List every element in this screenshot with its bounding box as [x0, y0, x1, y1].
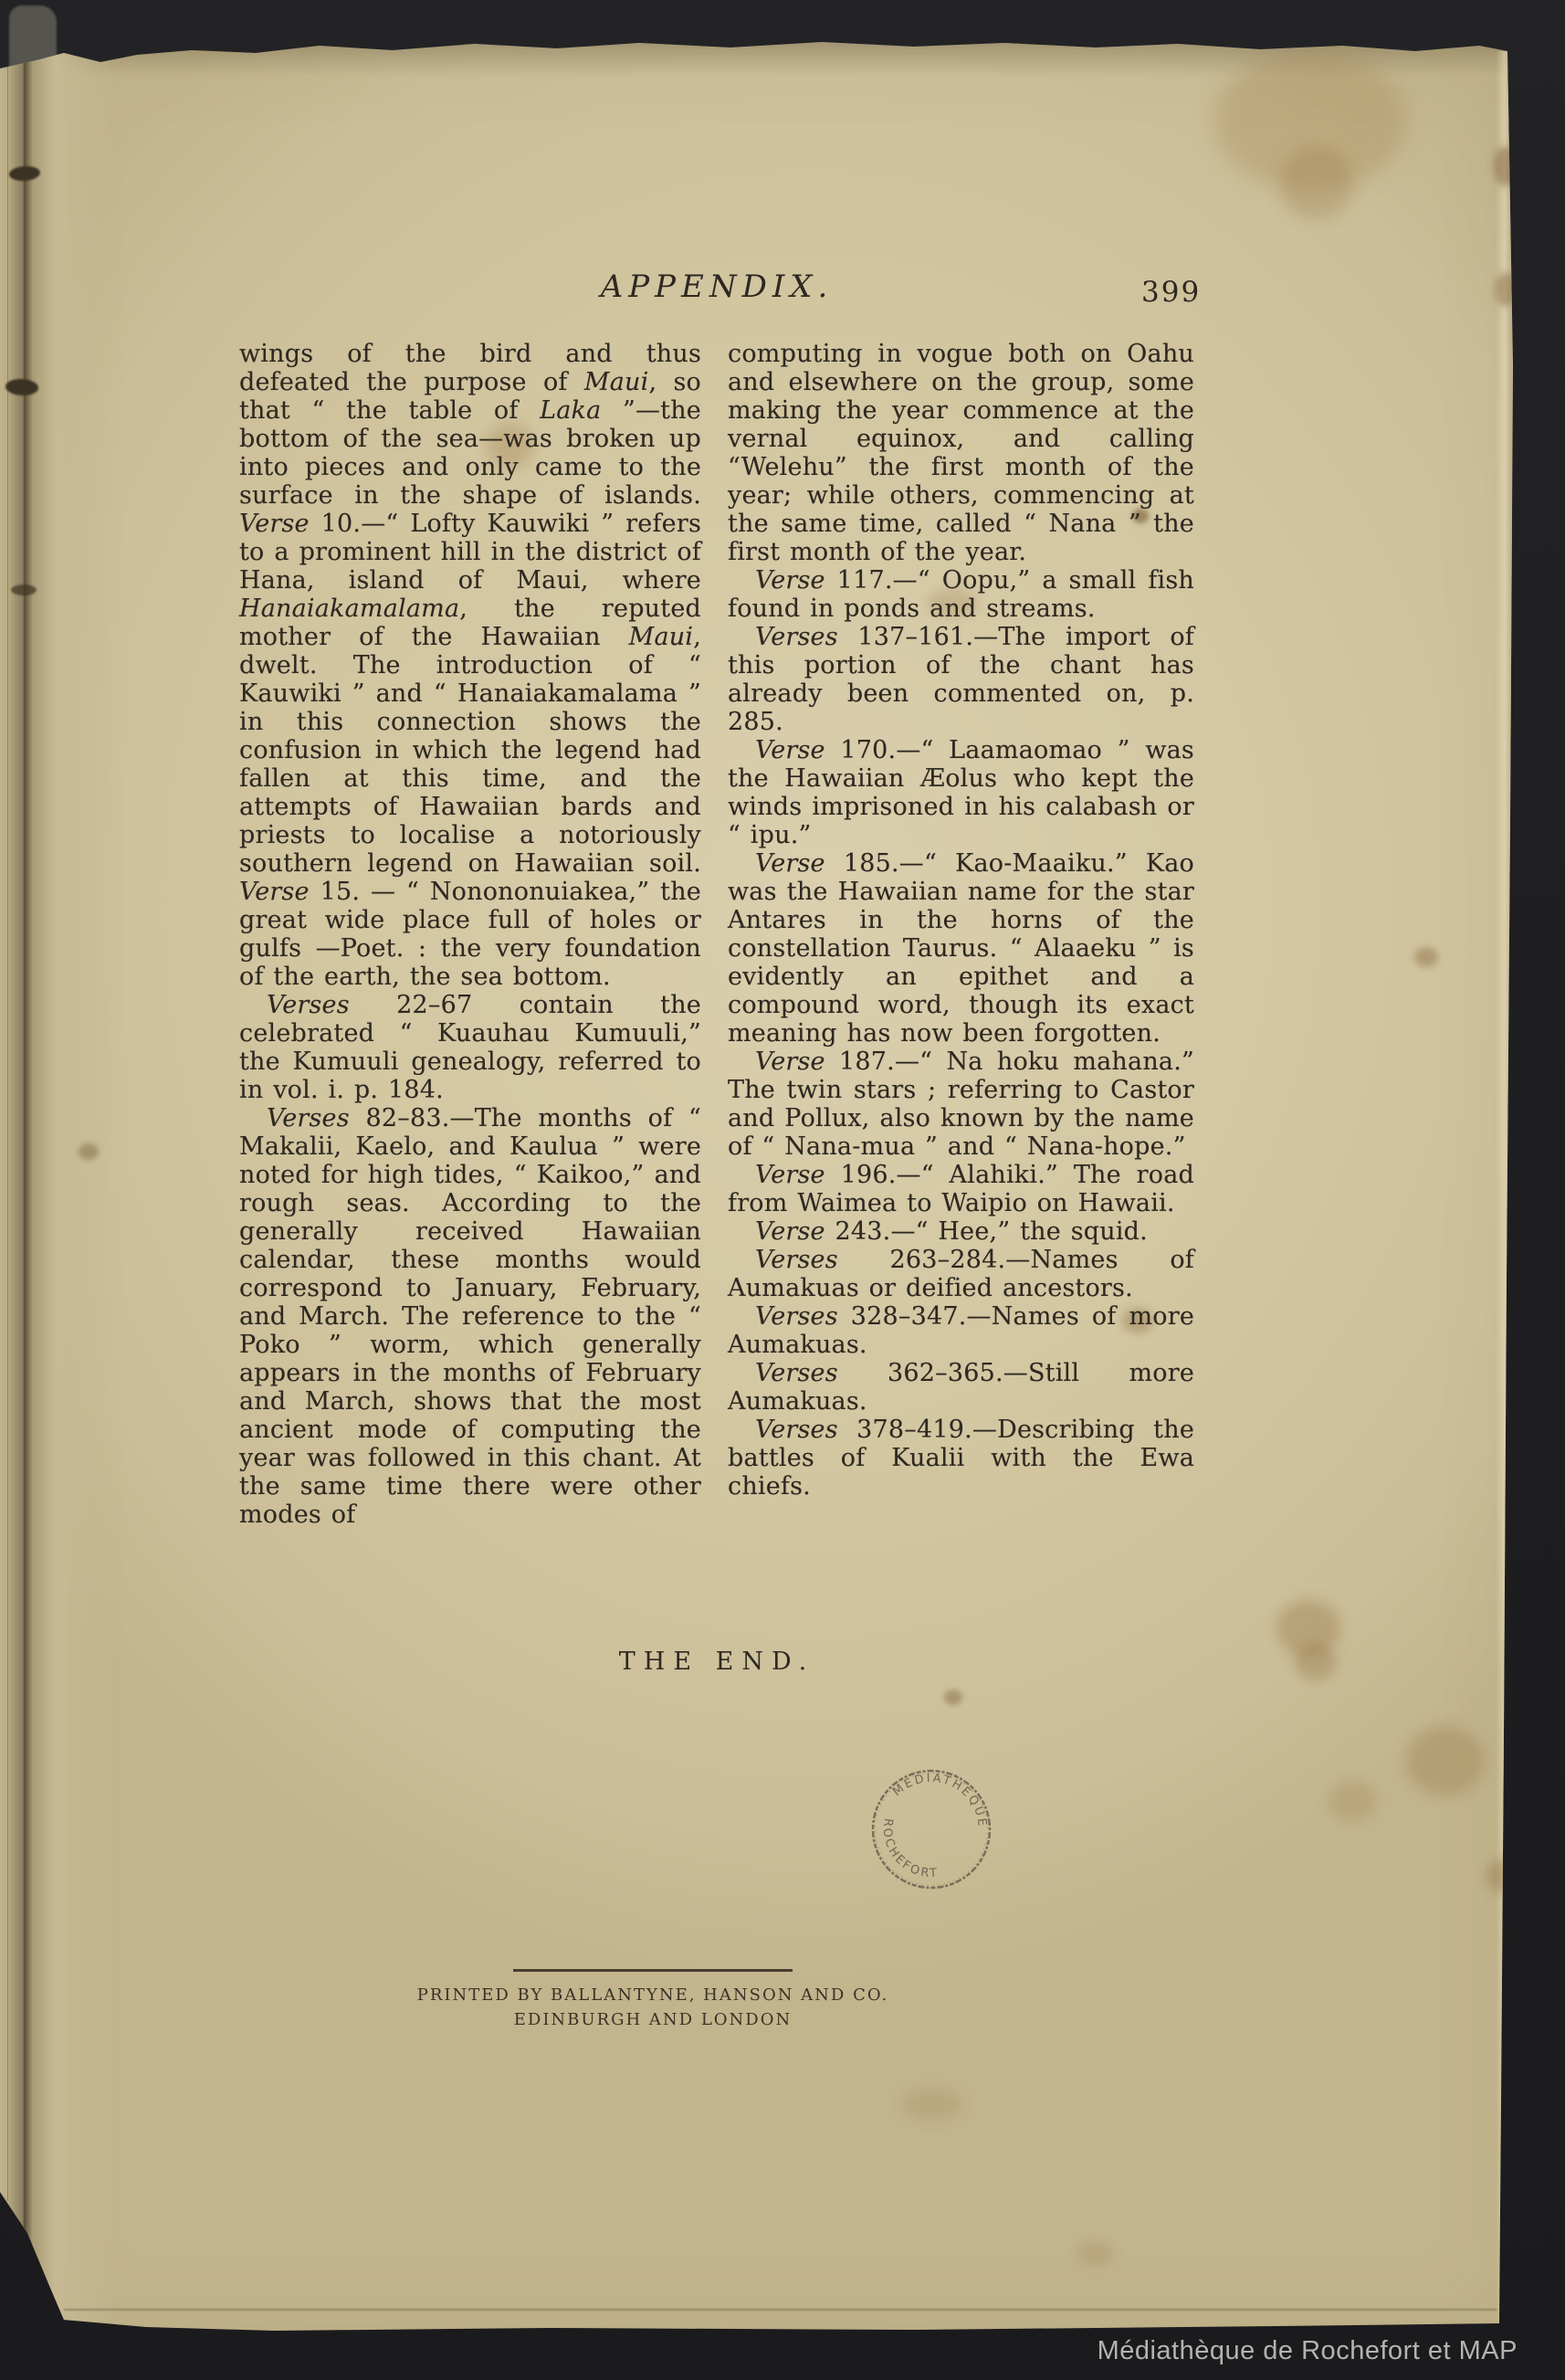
column-left: wings of the bird and thus defeated the …: [239, 340, 701, 1529]
paragraph: Verse 170.—“ Laamaomao ” was the Hawaiia…: [728, 736, 1194, 849]
imprint-line-1: PRINTED BY BALLANTYNE, HANSON AND CO.: [383, 1983, 922, 2007]
stain: [1406, 1726, 1485, 1796]
printer-imprint: PRINTED BY BALLANTYNE, HANSON AND CO. ED…: [383, 1969, 922, 2032]
stamp-bottom-text: ROCHEFORT: [878, 1810, 941, 1887]
paragraph: Verses 82–83.—The months of “ Makalii, K…: [239, 1104, 701, 1529]
page-edge-highlight: [1496, 51, 1512, 2323]
scan-background: APPENDIX. 399 wings of the bird and thus…: [0, 0, 1565, 2380]
stain: [1295, 1644, 1337, 1680]
book-page: APPENDIX. 399 wings of the bird and thus…: [0, 0, 1565, 2380]
stain: [1414, 947, 1438, 967]
binding-gutter: [0, 0, 119, 2380]
paragraph: Verse 196.—“ Alahiki.” The road from Wai…: [728, 1161, 1194, 1217]
imprint-rule: [513, 1969, 793, 1972]
watermark-label: Médiathèque de Rochefort et MAP: [1098, 2336, 1518, 2366]
stain: [1276, 1600, 1340, 1657]
imprint-line-2: EDINBURGH AND LONDON: [383, 2007, 922, 2032]
paragraph: Verse 117.—“ Oopu,” a small fish found i…: [728, 566, 1194, 623]
stain: [1280, 146, 1353, 219]
paragraph: Verses 378–419.—Describing the battles o…: [728, 1416, 1194, 1501]
paragraph: computing in vogue both on Oahu and else…: [728, 340, 1194, 566]
stain: [1077, 2242, 1114, 2266]
stain: [1214, 53, 1406, 190]
text-block: wings of the bird and thus defeated the …: [239, 340, 1194, 1529]
paragraph: Verses 137–161.—The import of this porti…: [728, 623, 1194, 736]
the-end-label: THE END.: [239, 1648, 1194, 1676]
bottom-fold-crease: [64, 2309, 1497, 2311]
paragraph: Verses 22–67 contain the celebrated “ Ku…: [239, 991, 701, 1104]
torn-edge-shadow: [0, 40, 1565, 77]
stain: [1486, 1859, 1525, 1893]
paragraph: wings of the bird and thus defeated the …: [239, 340, 701, 991]
stamp-top-text: MEDIATHEQUE: [888, 1764, 989, 1840]
stain: [944, 1690, 962, 1705]
page-number: 399: [1141, 276, 1201, 309]
paragraph: Verse 185.—“ Kao-Maaiku.” Kao was the Ha…: [728, 849, 1194, 1048]
stain: [1329, 1781, 1376, 1819]
paragraph: Verses 362–365.—Still more Aumakuas.: [728, 1359, 1194, 1416]
page-title: APPENDIX.: [239, 269, 1194, 305]
library-stamp: MEDIATHEQUE ROCHEFORT: [854, 1752, 1008, 1906]
paragraph: Verse 187.—“ Na hoku mahana.” The twin s…: [728, 1048, 1194, 1161]
paragraph: Verses 328–347.—Names of more Aumakuas.: [728, 1302, 1194, 1359]
paragraph: Verse 243.—“ Hee,” the squid.: [728, 1217, 1194, 1246]
stain: [902, 2090, 962, 2119]
stitch-mark: [11, 584, 37, 595]
paragraph: Verses 263–284.—Names of Aumakuas or dei…: [728, 1246, 1194, 1302]
column-right: computing in vogue both on Oahu and else…: [728, 340, 1194, 1529]
